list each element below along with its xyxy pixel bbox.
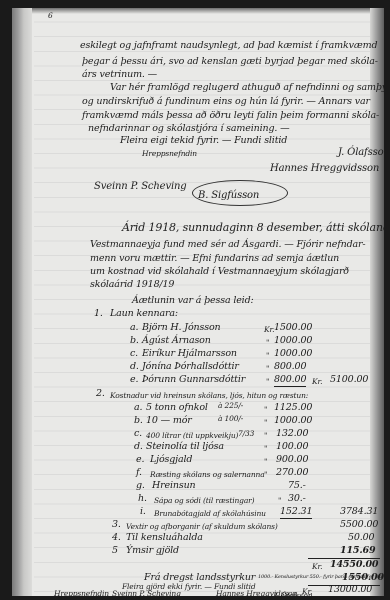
s1-item-e-letter: e. bbox=[130, 374, 138, 386]
s1-item-e-name: Þórunn Gunnarsdóttir bbox=[142, 374, 245, 386]
s2-item-d-prefix: " bbox=[264, 443, 267, 455]
s1-item-a-letter: a. bbox=[130, 322, 138, 334]
s2-item-i-amount: 152.31 bbox=[280, 506, 312, 519]
s2-item-c-prefix: " bbox=[264, 430, 267, 442]
para1-line3: árs vetrinum. — bbox=[82, 69, 157, 81]
s1-item-d-name: Jónína Þórhallsdóttir bbox=[142, 361, 239, 373]
s2-item-d-letter: d. bbox=[134, 441, 143, 453]
meeting2-line4: um kostnad vid skólahald í Vestmannaeyju… bbox=[90, 266, 349, 278]
s2-item-g-name: Hreinsun bbox=[152, 480, 196, 492]
s2-item-a-rate: à 225/- bbox=[218, 400, 243, 412]
s1-item-e-amount: 800.00 bbox=[274, 374, 306, 387]
para2-line2: og undirskrifuð á fundinum eins og hún l… bbox=[82, 96, 370, 108]
s2-item-a-name: 5 tonn ofnkol bbox=[146, 402, 208, 414]
s2-item-f-letter: f. bbox=[136, 467, 142, 479]
s2-item-b-prefix: " bbox=[264, 417, 267, 429]
section3-amount: 5500.00 bbox=[340, 519, 378, 531]
page-top-shadow bbox=[12, 8, 384, 14]
s2-item-h-name: Sápa og sódi (til ræstingar) bbox=[154, 495, 254, 507]
para1-line2: þegar á þessu ári, svo ad kenslan gæti b… bbox=[82, 56, 378, 68]
s1-item-a-name: Björn H. Jónsson bbox=[142, 322, 221, 334]
committee-title-1: Hreppsnefndin bbox=[142, 148, 197, 160]
s1-item-d-letter: d. bbox=[130, 361, 139, 373]
para2-line1: Var hér framlögd reglugerd athuguð af ne… bbox=[110, 82, 384, 94]
section1-number: 1. bbox=[94, 308, 103, 320]
meeting2-line2: Vestmannaeyja fund med sér ad Ásgardi. —… bbox=[90, 239, 365, 251]
s2-item-f-prefix: " bbox=[264, 469, 267, 481]
s2-item-c-amount: 132.00 bbox=[276, 428, 308, 440]
s2-item-c-letter: c. bbox=[134, 428, 142, 440]
s1-total-prefix: Kr. bbox=[312, 376, 322, 388]
s1-item-a-amount: 1500.00 bbox=[274, 322, 312, 334]
budget-intro: Áætlunin var á þessa leid: bbox=[132, 295, 254, 307]
s2-item-e-amount: 900.00 bbox=[276, 454, 308, 466]
s2-item-h-letter: h. bbox=[138, 493, 147, 505]
section1-title: Laun kennara: bbox=[110, 308, 178, 320]
deduction-amount: 1550.00 bbox=[342, 572, 384, 584]
para2-line4: nefndarinnar og skólastjóra í sameining.… bbox=[88, 123, 289, 135]
para2-line3: framkvæmd máls þessa að öðru leyti falin… bbox=[82, 110, 379, 122]
s2-item-g-amount: 75.- bbox=[288, 480, 306, 492]
s2-item-c-rate: 7/33 bbox=[238, 428, 254, 440]
s1-item-c-letter: c. bbox=[130, 348, 138, 360]
section5-amount: 115.69 bbox=[340, 545, 375, 557]
s2-item-b-name: 10 — mór bbox=[146, 415, 192, 427]
meeting2-line3: menn voru mættir. — Efni fundarins ad se… bbox=[90, 253, 339, 265]
book-binding bbox=[12, 8, 32, 596]
section5-title: Ýmsir gjöld bbox=[126, 545, 179, 557]
section3-number: 3. bbox=[112, 519, 121, 531]
s1-item-c-name: Eiríkur Hjálmarsson bbox=[142, 348, 237, 360]
signature-flourish bbox=[192, 180, 288, 206]
s2-item-d-amount: 100.00 bbox=[276, 441, 308, 453]
s2-item-b-amount: 1000.00 bbox=[274, 415, 312, 427]
s2-item-e-prefix: " bbox=[264, 456, 267, 468]
s2-item-g-letter: g. bbox=[136, 480, 145, 492]
grand-total: 13000.00 bbox=[328, 584, 372, 596]
s1-item-c-prefix: " bbox=[266, 350, 269, 362]
s1-item-d-prefix: " bbox=[266, 363, 269, 375]
s1-item-b-prefix: " bbox=[266, 337, 269, 349]
s2-total: 3784.31 bbox=[340, 506, 378, 518]
s2-item-a-letter: a. bbox=[134, 402, 142, 414]
signature-sveinn-1: Sveinn P. Scheving bbox=[94, 181, 187, 193]
s1-item-e-prefix: " bbox=[266, 376, 269, 388]
signature-olafsson-1: J. Ólafsson bbox=[338, 147, 384, 159]
s1-item-c-amount: 1000.00 bbox=[274, 348, 312, 360]
section5-number: 5 bbox=[112, 545, 118, 557]
s1-item-b-name: Ágúst Árnason bbox=[142, 335, 211, 347]
s2-item-d-name: Steinolía til ljósa bbox=[146, 441, 224, 453]
s2-item-i-name: Brunabótagjald af skólahúsinu bbox=[154, 508, 266, 520]
signature-olafsson-2: J. Ólafsson bbox=[274, 590, 312, 596]
para1-line1: eskilegt og jafnframt naudsynlegt, ad þa… bbox=[80, 40, 377, 52]
ledger-page: 6 eskilegt og jafnframt naudsynlegt, ad … bbox=[12, 8, 384, 596]
s2-item-f-amount: 270.00 bbox=[276, 467, 308, 479]
s2-item-a-amount: 1125.00 bbox=[274, 402, 312, 414]
s2-item-i-letter: i. bbox=[140, 506, 146, 518]
signature-hannes-1: Hannes Hreggvidsson bbox=[270, 163, 379, 175]
signature-sveinn-2: Sveinn P. Scheving bbox=[112, 588, 181, 596]
s2-item-b-rate: à 100/- bbox=[218, 413, 243, 425]
s2-item-a-prefix: " bbox=[264, 404, 267, 416]
s1-item-b-letter: b. bbox=[130, 335, 139, 347]
section4-number: 4. bbox=[112, 532, 121, 544]
s1-total: 5100.00 bbox=[330, 374, 368, 386]
committee-title-2: Hreppsnefndin bbox=[54, 588, 109, 596]
s1-item-b-amount: 1000.00 bbox=[274, 335, 312, 347]
subtotal: 14550.00 bbox=[330, 559, 378, 571]
s2-item-e-name: Ljósgjald bbox=[150, 454, 192, 466]
section2-title: Kostnadur vid hreinsun skólans, ljós, hi… bbox=[110, 390, 308, 402]
meeting2-line1: Árid 1918, sunnudaginn 8 desember, átti … bbox=[122, 222, 384, 234]
section4-amount: 50.00 bbox=[348, 532, 374, 544]
closing-line-1: Fleira eigi tekid fyrir. — Fundi slitid bbox=[120, 135, 287, 147]
s1-item-a-prefix: Kr. bbox=[264, 324, 274, 336]
section2-number: 2. bbox=[96, 388, 105, 400]
s2-item-b-letter: b. bbox=[134, 415, 143, 427]
s2-item-h-amount: 30.- bbox=[288, 493, 306, 505]
page-number: 6 bbox=[48, 10, 53, 22]
section4-title: Til kensluáhalda bbox=[126, 532, 203, 544]
s1-item-d-amount: 800.00 bbox=[274, 361, 306, 373]
meeting2-line5: skólaárid 1918/19 bbox=[90, 279, 174, 291]
s2-item-e-letter: e. bbox=[136, 454, 144, 466]
